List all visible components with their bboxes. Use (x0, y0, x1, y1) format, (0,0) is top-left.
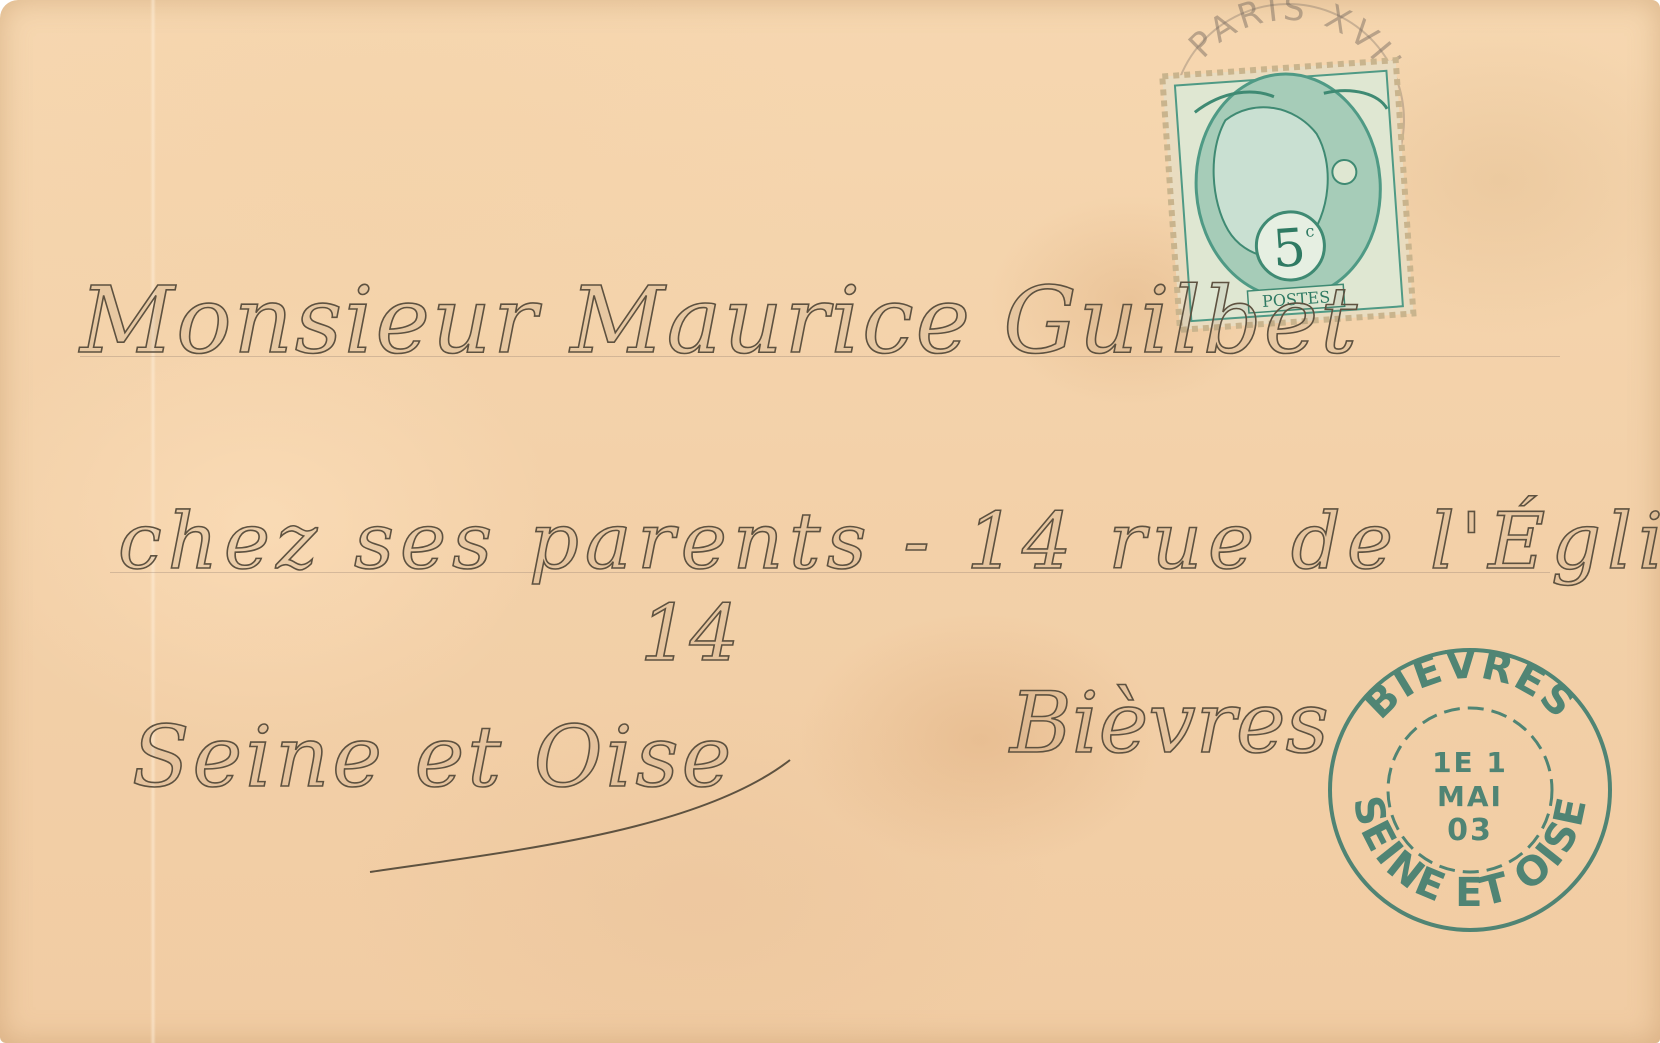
svg-text:c: c (1305, 221, 1315, 241)
postcard: PARIS XVII 5 c POSTES Monsieur Maurice G… (0, 0, 1660, 1043)
address-line-3: 14 (640, 589, 739, 679)
address-line-4-right: Bièvres (1008, 674, 1329, 772)
svg-text:MAI: MAI (1437, 780, 1503, 813)
svg-text:1E 1: 1E 1 (1432, 746, 1508, 779)
address-line-1: Monsieur Maurice Guilbet (78, 267, 1359, 374)
handwritten-address: Monsieur Maurice Guilbet chez ses parent… (78, 267, 1660, 872)
postcard-artwork: PARIS XVII 5 c POSTES Monsieur Maurice G… (0, 0, 1660, 1043)
svg-text:03: 03 (1447, 813, 1493, 848)
postmark-destination: BIEVRES SEINE ET OISE 1E 1 MAI 03 (1330, 641, 1610, 930)
address-line-4-left: Seine et Oise (132, 708, 734, 806)
address-line-2: chez ses parents - 14 rue de l'Église (118, 495, 1660, 587)
svg-text:BIEVRES: BIEVRES (1355, 641, 1584, 728)
